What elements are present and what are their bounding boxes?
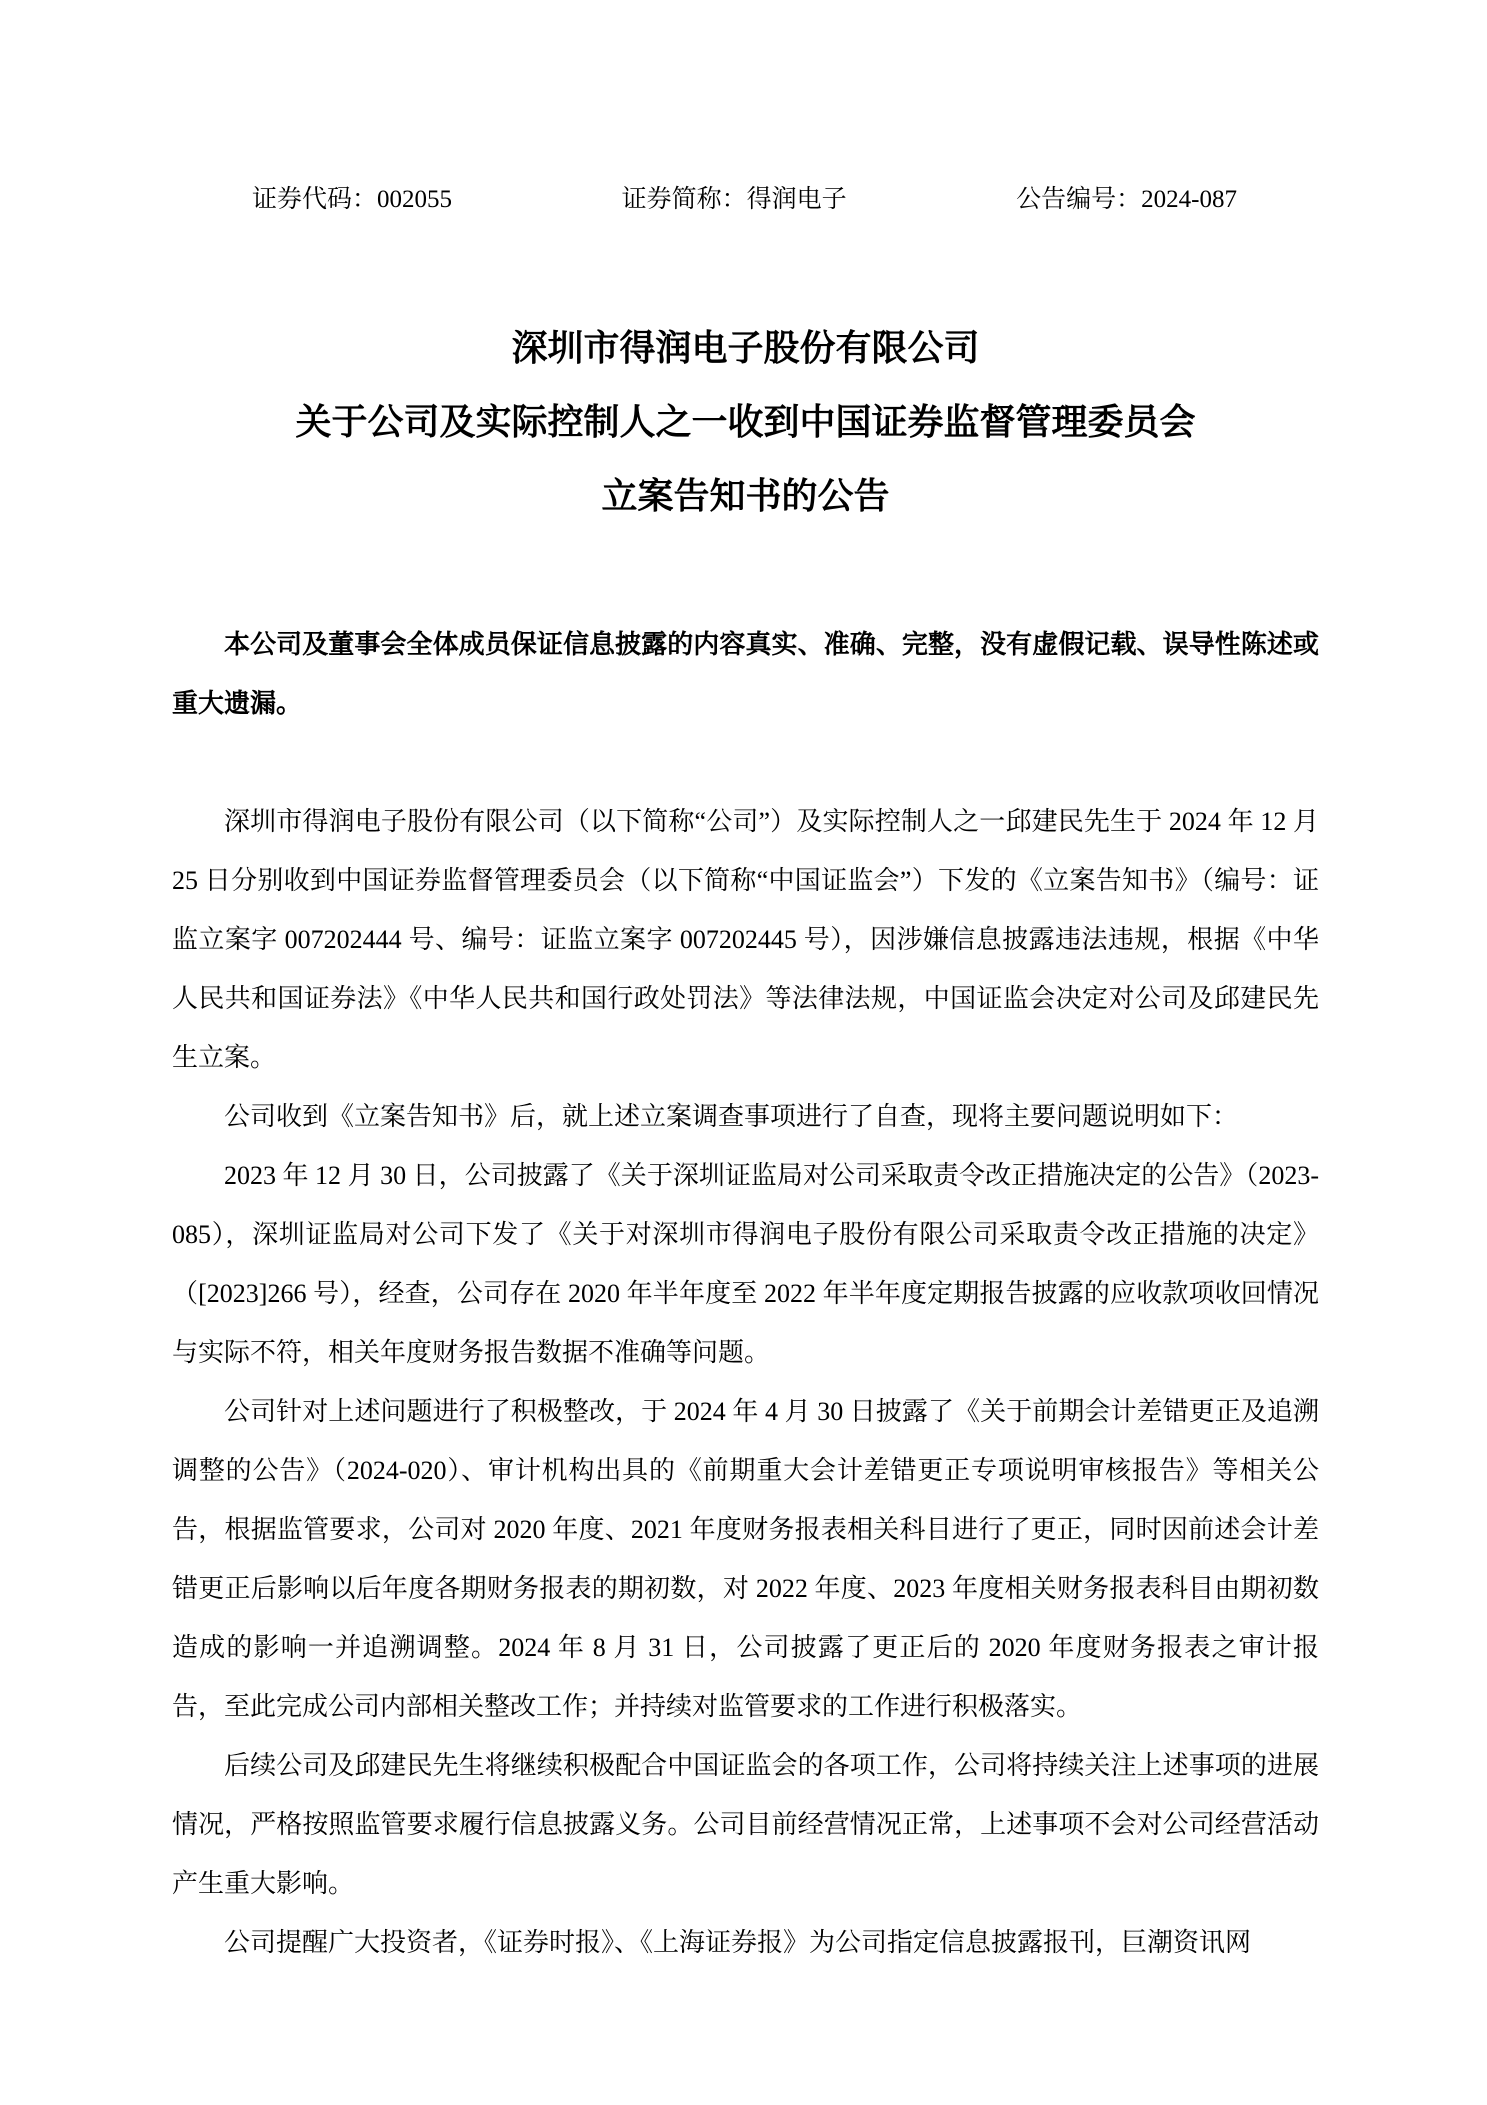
body-paragraph: 2023 年 12 月 30 日，公司披露了《关于深圳证监局对公司采取责令改正措… (172, 1146, 1319, 1382)
body-paragraph: 公司收到《立案告知书》后，就上述立案调查事项进行了自查，现将主要问题说明如下： (172, 1087, 1319, 1146)
title-subject-line: 关于公司及实际控制人之一收到中国证券监督管理委员会 (172, 385, 1319, 459)
document-title: 深圳市得润电子股份有限公司 关于公司及实际控制人之一收到中国证券监督管理委员会 … (172, 311, 1319, 533)
body-paragraph: 公司提醒广大投资者，《证券时报》、《上海证券报》为公司指定信息披露报刊，巨潮资讯… (172, 1913, 1319, 1972)
body-paragraph: 深圳市得润电子股份有限公司（以下简称“公司”）及实际控制人之一邱建民先生于 20… (172, 792, 1319, 1087)
announcement-page: 证券代码：002055 证券简称：得润电子 公告编号：2024-087 深圳市得… (0, 0, 1487, 2105)
body-paragraph: 公司针对上述问题进行了积极整改，于 2024 年 4 月 30 日披露了《关于前… (172, 1382, 1319, 1736)
body-paragraph: 后续公司及邱建民先生将继续积极配合中国证监会的各项工作，公司将持续关注上述事项的… (172, 1736, 1319, 1913)
announcement-number: 公告编号：2024-087 (1016, 185, 1237, 215)
stock-code: 证券代码：002055 (252, 185, 452, 215)
securities-header-row: 证券代码：002055 证券简称：得润电子 公告编号：2024-087 (172, 185, 1319, 215)
stock-abbreviation: 证券简称：得润电子 (622, 185, 847, 215)
title-company-name: 深圳市得润电子股份有限公司 (172, 311, 1319, 385)
title-announcement-type: 立案告知书的公告 (172, 459, 1319, 533)
announcement-body: 深圳市得润电子股份有限公司（以下简称“公司”）及实际控制人之一邱建民先生于 20… (172, 792, 1319, 1972)
board-declaration: 本公司及董事会全体成员保证信息披露的内容真实、准确、完整，没有虚假记载、误导性陈… (172, 615, 1319, 733)
